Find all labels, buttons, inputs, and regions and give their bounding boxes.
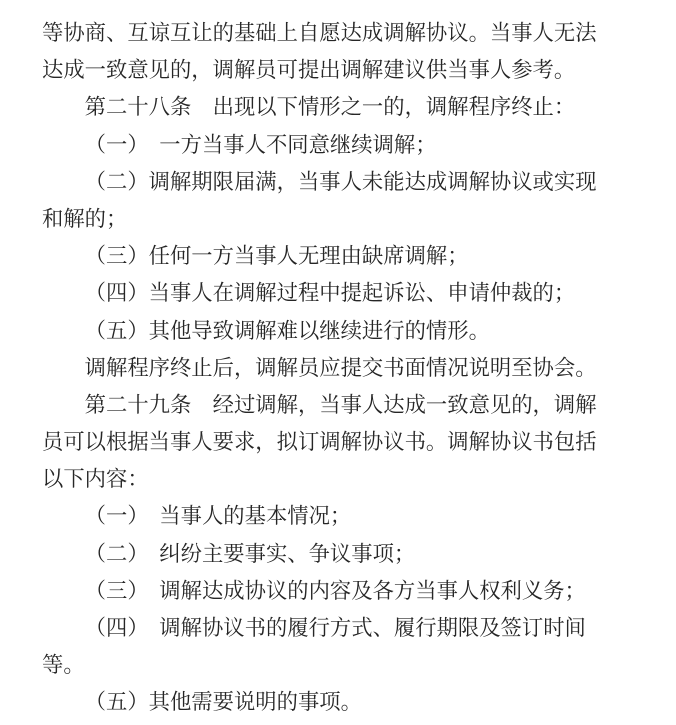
text-line-article-29: 第二十九条 经过调解，当事人达成一致意见的，调解	[42, 387, 648, 424]
document-page: 等协商、互谅互让的基础上自愿达成调解协议。当事人无法 达成一致意见的，调解员可提…	[0, 0, 676, 725]
text-line-item-2: （二）调解期限届满，当事人未能达成调解协议或实现	[42, 164, 648, 201]
text-line-item-2: （二） 纠纷主要事实、争议事项；	[42, 536, 648, 573]
text-line-item-4: （四）当事人在调解过程中提起诉讼、申请仲裁的；	[42, 275, 648, 312]
text-line: 调解程序终止后，调解员应提交书面情况说明至协会。	[42, 350, 648, 387]
text-line-item-3: （三） 调解达成协议的内容及各方当事人权利义务；	[42, 573, 648, 610]
text-line: 等协商、互谅互让的基础上自愿达成调解协议。当事人无法	[42, 15, 648, 52]
text-line-article-28: 第二十八条 出现以下情形之一的，调解程序终止：	[42, 89, 648, 126]
text-line-item-5: （五）其他需要说明的事项。	[42, 684, 648, 721]
text-line-item-1: （一） 当事人的基本情况；	[42, 498, 648, 535]
text-line: 员可以根据当事人要求，拟订调解协议书。调解协议书包括	[42, 424, 648, 461]
text-line-item-5: （五）其他导致调解难以继续进行的情形。	[42, 313, 648, 350]
text-line-item-1: （一） 一方当事人不同意继续调解；	[42, 127, 648, 164]
text-line-item-3: （三）任何一方当事人无理由缺席调解；	[42, 238, 648, 275]
text-line: 和解的；	[42, 201, 648, 238]
text-line: 等。	[42, 647, 648, 684]
text-line-item-4: （四） 调解协议书的履行方式、履行期限及签订时间	[42, 610, 648, 647]
text-line: 以下内容：	[42, 461, 648, 498]
text-line: 达成一致意见的，调解员可提出调解建议供当事人参考。	[42, 52, 648, 89]
